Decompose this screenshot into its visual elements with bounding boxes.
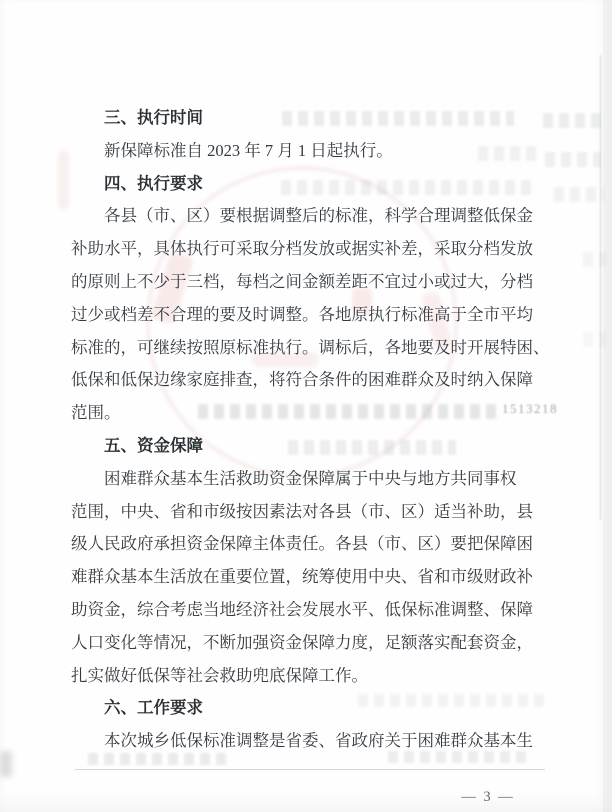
paragraph-line: 扎实做好低保等社会救助兜底保障工作。 bbox=[71, 660, 541, 693]
paragraph-line: 补助水平，具体执行可采取分档发放或据实补差，采取分档发放 bbox=[71, 233, 541, 266]
section-heading: 五、资金保障 bbox=[71, 430, 541, 463]
bleedthrough-smudge bbox=[545, 152, 601, 167]
section-heading: 六、工作要求 bbox=[71, 692, 541, 725]
scanned-document-page: 1513218 三、执行时间 新保障标准自 2023 年 7 月 1 日起执行。… bbox=[0, 0, 612, 812]
paragraph-line: 低保和低保边缘家庭排查，将符合条件的困难群众及时纳入保障 bbox=[71, 364, 541, 397]
paragraph-line: 级人民政府承担资金保障主体责任。各县（市、区）要把保障困 bbox=[71, 528, 541, 561]
paragraph-line: 新保障标准自 2023 年 7 月 1 日起执行。 bbox=[71, 135, 541, 168]
paragraph-line: 助资金，综合考虑当地经济社会发展水平、低保标准调整、保障 bbox=[71, 594, 541, 627]
paragraph-line: 标准的，可继续按照原标准执行。调标后，各地要及时开展特困、 bbox=[71, 332, 541, 365]
bleedthrough-smudge bbox=[543, 113, 601, 128]
section-heading: 四、执行要求 bbox=[71, 168, 541, 201]
paragraph-line: 范围。 bbox=[71, 397, 541, 430]
paragraph-line: 范围，中央、省和市级按因素法对各县（市、区）适当补助，县 bbox=[71, 496, 541, 529]
page-number: — 3 — bbox=[448, 788, 528, 806]
paragraph-line: 困难群众基本生活救助资金保障属于中央与地方共同事权 bbox=[71, 463, 541, 496]
section-heading: 三、执行时间 bbox=[71, 102, 541, 135]
paragraph-line: 各县（市、区）要根据调整后的标准，科学合理调整低保金 bbox=[71, 200, 541, 233]
page-edge-shadow bbox=[603, 0, 612, 812]
paragraph-line: 的原则上不少于三档，每档之间金额差距不宜过小或过大，分档 bbox=[71, 266, 541, 299]
paragraph-line: 难群众基本生活放在重要位置，统筹使用中央、省和市级财政补 bbox=[71, 561, 541, 594]
page-edge-line bbox=[600, 55, 601, 520]
footer-rule bbox=[75, 769, 545, 770]
paragraph-line: 人口变化等情况，不断加强资金保障力度，足额落实配套资金， bbox=[71, 627, 541, 660]
seal-bleedthrough-fragment bbox=[58, 150, 69, 210]
bleedthrough-smudge bbox=[554, 187, 604, 202]
paragraph-line: 过少或档差不合理的要及时调整。各地原执行标准高于全市平均 bbox=[71, 299, 541, 332]
corner-smudge bbox=[0, 751, 12, 777]
document-body: 三、执行时间 新保障标准自 2023 年 7 月 1 日起执行。 四、执行要求 … bbox=[71, 102, 541, 758]
paragraph-line: 本次城乡低保标准调整是省委、省政府关于困难群众基本生 bbox=[71, 725, 541, 758]
